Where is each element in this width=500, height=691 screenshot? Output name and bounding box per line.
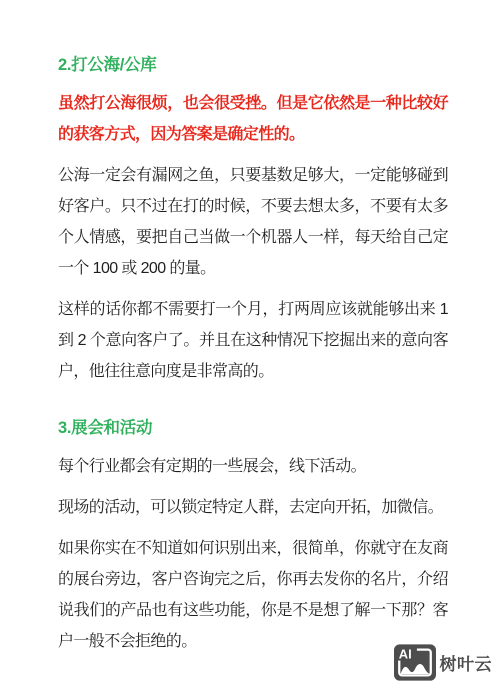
ai-picture-logo-icon: AI bbox=[394, 644, 436, 681]
body-paragraph: 如果你实在不知道如何识别出来，很简单，你就守在友商的展台旁边，客户咨询完之后，你… bbox=[58, 533, 448, 657]
body-paragraph: 公海一定会有漏网之鱼，只要基数足够大，一定能够碰到好客户。只不过在打的时候，不要… bbox=[58, 160, 448, 284]
body-paragraph: 这样的话你都不需要打一个月，打两周应该就能够出来 1 到 2 个意向客户了。并且… bbox=[58, 294, 448, 387]
body-paragraph: 每个行业都会有定期的一些展会，线下活动。 bbox=[58, 451, 448, 482]
section-heading: 3.展会和活动 bbox=[58, 413, 448, 443]
highlight-paragraph: 虽然打公海很烦，也会很受挫。但是它依然是一种比较好的获客方式，因为答案是确定性的… bbox=[58, 88, 448, 150]
watermark-brand: 树叶云 bbox=[440, 650, 493, 675]
article-page: 2.打公海/公库 虽然打公海很烦，也会很受挫。但是它依然是一种比较好的获客方式，… bbox=[0, 0, 500, 691]
body-paragraph: 现场的活动，可以锁定特定人群，去定向开拓，加微信。 bbox=[58, 492, 448, 523]
svg-text:AI: AI bbox=[398, 647, 411, 662]
section-cold-call-pool: 2.打公海/公库 虽然打公海很烦，也会很受挫。但是它依然是一种比较好的获客方式，… bbox=[58, 50, 448, 387]
section-exhibitions-events: 3.展会和活动 每个行业都会有定期的一些展会，线下活动。 现场的活动，可以锁定特… bbox=[58, 413, 448, 657]
section-heading: 2.打公海/公库 bbox=[58, 50, 448, 80]
watermark: AI 树叶云 bbox=[394, 644, 493, 681]
